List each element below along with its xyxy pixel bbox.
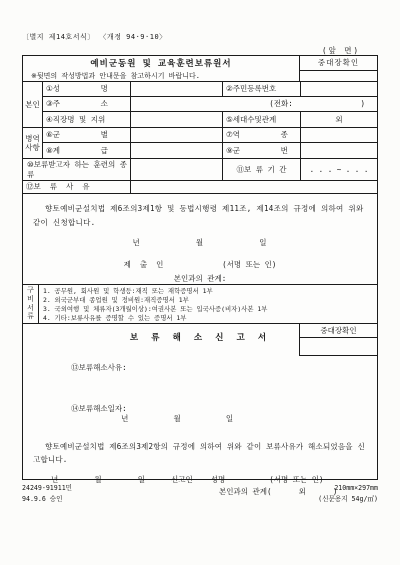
cancel-reason-label: ⑬보류해소사유: — [71, 363, 127, 372]
resident-no-field[interactable] — [301, 82, 377, 96]
page-header: 〔별지 제14호서식〕 〈개정 94·9·10〉 (앞 면) — [22, 33, 378, 55]
person-section: 본인 ①성 명 ②주민등록번호 ③주 소 (전화: ) — [23, 82, 377, 128]
submitter-line: 제 출 인 (서명 또는 인) — [33, 260, 367, 269]
document-item: 3. 국외여행 및 체류자(3개월이상):여권사본 또는 입국사증(비자)사본 … — [43, 305, 375, 314]
report-commander-confirm-column: 중대장확인 — [299, 324, 377, 356]
paper-spec: (신문용지 54g/㎡) — [318, 494, 378, 505]
form-note: ※뒷면의 작성방법과 안내문을 참고하시기 바랍니다. — [23, 72, 299, 81]
person-row-workplace: ④직장명 및 지위 ⑤세대수및관계 외 — [43, 112, 377, 127]
reason-label: ⑫보 류 사 유 — [23, 181, 131, 192]
person-section-label: 본인 — [23, 82, 43, 127]
rank-label: ⑧계 급 — [43, 143, 131, 158]
period-label: ⑪보 류 기 간 — [223, 159, 301, 181]
cancellation-report-section: 중대장확인 보 류 해 소 신 고 서 ⑬보류해소사유: ⑭보류해소일자: 년 … — [23, 324, 377, 496]
application-date-line: 년 월 일 — [33, 238, 367, 247]
application-statement: 향토예비군설치법 제6조의3제1항 및 동법시행령 제11조, 제14조의 규정… — [33, 202, 367, 230]
commander-confirm-column: 중대장확인 — [299, 56, 377, 81]
document-item: 2. 외국군부대 종업원 및 정비원:재직증명서 1부 — [43, 296, 375, 305]
documents-list: 1. 공무원, 회사원 및 학생등:재직 또는 재학증명서 1부 2. 외국군부… — [39, 285, 377, 323]
deferment-training-row: ⑩보류받고자 하는 훈련의 종류 ⑪보 류 기 간 . . . ~ . . . — [23, 159, 377, 182]
period-field[interactable]: . . . ~ . . . — [301, 159, 377, 181]
training-type-field[interactable] — [131, 159, 223, 181]
cancel-reason-line: ⑬보류해소사유: — [23, 354, 377, 392]
approval-date: 94.9.6 승인 — [22, 494, 72, 505]
name-label: ①성 명 — [43, 82, 131, 96]
report-commander-confirm-label: 중대장확인 — [299, 324, 377, 338]
submitter-relation-line: 본인과의 관계: — [33, 274, 367, 283]
military-row-branch: ⑥군 별 ⑦역 종 — [43, 128, 377, 143]
footer-left: 24249-91911민 94.9.6 승인 — [22, 483, 72, 504]
application-form: 예비군동원 및 교육훈련보류원서 ※뒷면의 작성방법과 안내문을 참고하시기 바… — [22, 55, 378, 480]
document-item: 1. 공무원, 회사원 및 학생등:재직 또는 재학증명서 1부 — [43, 287, 375, 296]
serial-no-field[interactable] — [301, 143, 377, 158]
form-header-section: 예비군동원 및 교육훈련보류원서 ※뒷면의 작성방법과 안내문을 참고하시기 바… — [23, 56, 377, 82]
service-type-field[interactable] — [301, 128, 377, 142]
footer-right: 210mm×297mm (신문용지 54g/㎡) — [318, 483, 378, 504]
form-number: 24249-91911민 — [22, 483, 72, 494]
report-commander-confirm-stamp-box[interactable] — [299, 338, 377, 356]
service-type-label: ⑦역 종 — [223, 128, 301, 142]
address-field[interactable]: (전화: ) — [131, 97, 377, 111]
reason-field[interactable] — [131, 181, 377, 192]
phone-label: (전화: ) — [269, 99, 365, 108]
resident-no-label: ②주민등록번호 — [223, 82, 301, 96]
scanned-form-page: 〔별지 제14호서식〕 〈개정 94·9·10〉 (앞 면) 예비군동원 및 교… — [0, 0, 400, 565]
workplace-label: ④직장명 및 지위 — [43, 112, 131, 127]
name-field[interactable] — [131, 82, 223, 96]
military-section-label: 병역사항 — [23, 128, 43, 158]
serial-no-label: ⑨군 번 — [223, 143, 301, 158]
form-title: 예비군동원 및 교육훈련보류원서 — [23, 56, 299, 72]
paper-size: 210mm×297mm — [318, 483, 378, 494]
cancel-date-label: ⑭보류해소일자: — [71, 404, 127, 413]
form-reference: 〔별지 제14호서식〕 〈개정 94·9·10〉 — [22, 33, 378, 42]
branch-label: ⑥군 별 — [43, 128, 131, 142]
document-item: 4. 기타:보류사유를 증명할 수 있는 증명서 1부 — [43, 314, 375, 323]
commander-confirm-stamp-box[interactable] — [300, 71, 377, 81]
front-side-label: (앞 면) — [22, 46, 378, 55]
cancel-date-field[interactable]: 년 월 일 — [71, 414, 233, 423]
deferment-reason-row: ⑫보 류 사 유 — [23, 181, 377, 193]
person-row-address: ③주 소 (전화: ) — [43, 97, 377, 112]
household-label: ⑤세대수및관계 — [223, 112, 301, 127]
address-label: ③주 소 — [43, 97, 131, 111]
application-statement-section: 향토예비군설치법 제6조의3제1항 및 동법시행령 제11조, 제14조의 규정… — [23, 194, 377, 285]
training-type-label: ⑩보류받고자 하는 훈련의 종류 — [23, 159, 131, 181]
branch-field[interactable] — [131, 128, 223, 142]
cancel-date-line: ⑭보류해소일자: 년 월 일 — [23, 395, 377, 433]
documents-section-label: 구비서류 — [23, 285, 39, 323]
person-row-name: ①성 명 ②주민등록번호 — [43, 82, 377, 97]
page-footer: 24249-91911민 94.9.6 승인 210mm×297mm (신문용지… — [22, 483, 378, 504]
required-documents-section: 구비서류 1. 공무원, 회사원 및 학생등:재직 또는 재학증명서 1부 2.… — [23, 285, 377, 324]
report-statement: 향토예비군설치법 제6조의3제2항의 규정에 의하여 위와 같이 보류사유가 해… — [23, 440, 377, 467]
rank-field[interactable] — [131, 143, 223, 158]
military-section: 병역사항 ⑥군 별 ⑦역 종 ⑧계 급 ⑨군 번 — [23, 128, 377, 159]
form-header-main: 예비군동원 및 교육훈련보류원서 ※뒷면의 작성방법과 안내문을 참고하시기 바… — [23, 56, 299, 81]
workplace-field[interactable] — [131, 112, 223, 127]
household-field[interactable]: 외 — [301, 112, 377, 127]
commander-confirm-label: 중대장확인 — [300, 56, 377, 71]
military-row-rank: ⑧계 급 ⑨군 번 — [43, 143, 377, 158]
